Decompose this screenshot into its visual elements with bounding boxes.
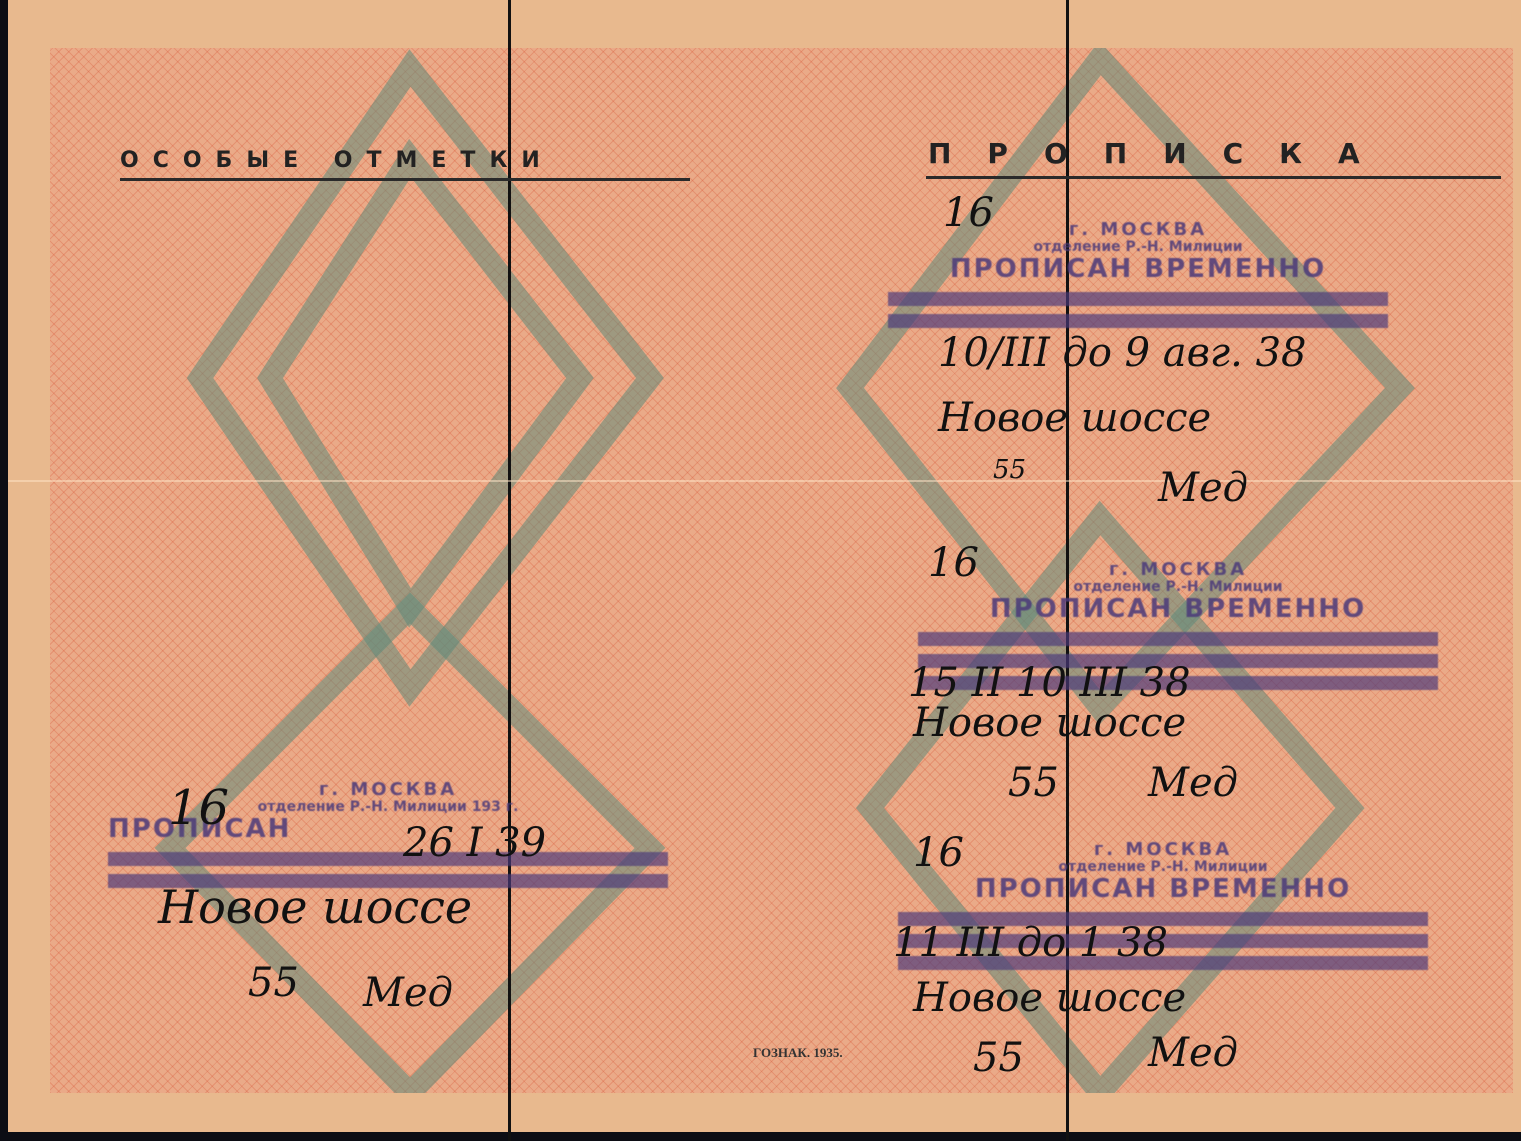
heading-special-notes: ОСОБЫЕ ОТМЕТКИ bbox=[120, 148, 554, 173]
passport-page: ОСОБЫЕ ОТМЕТКИ ПРОПИСКА г. МОСКВА отделе… bbox=[8, 0, 1521, 1132]
handwritten-date: 26 I 39 bbox=[403, 820, 546, 866]
handwritten-signature: Мед bbox=[1148, 760, 1238, 806]
handwritten-signature: Мед bbox=[1148, 1030, 1238, 1076]
handwritten-address: Новое шоссе bbox=[938, 395, 1211, 441]
handwritten-number: 16 bbox=[928, 540, 979, 586]
handwritten-signature: Мед bbox=[363, 970, 453, 1016]
handwritten-house: 55 bbox=[1008, 760, 1059, 806]
fold-crease-horizontal bbox=[8, 480, 1521, 482]
handwritten-date: 11 III до 1 38 bbox=[893, 920, 1168, 966]
handwritten-number: 16 bbox=[168, 780, 229, 836]
registration-stamp: г. МОСКВА отделение Р.-Н. Милиции ПРОПИС… bbox=[888, 220, 1388, 336]
handwritten-address: Новое шоссе bbox=[913, 975, 1186, 1021]
handwritten-house: 55 bbox=[248, 960, 299, 1006]
handwritten-number: 16 bbox=[913, 830, 964, 876]
handwritten-address: Новое шоссе bbox=[158, 880, 472, 934]
handwritten-house: 55 bbox=[993, 455, 1026, 485]
heading-registration: ПРОПИСКА bbox=[928, 137, 1396, 170]
heading-rule-right bbox=[926, 176, 1501, 179]
printer-mark: ГОЗНАК. 1935. bbox=[753, 1045, 843, 1061]
handwritten-house: 55 bbox=[973, 1035, 1024, 1081]
handwritten-number: 16 bbox=[943, 190, 994, 236]
handwritten-date: 10/III до 9 авг. 38 bbox=[938, 330, 1306, 376]
handwritten-address: Новое шоссе bbox=[913, 700, 1186, 746]
handwritten-signature: Мед bbox=[1158, 465, 1248, 511]
heading-rule-left bbox=[120, 178, 690, 181]
